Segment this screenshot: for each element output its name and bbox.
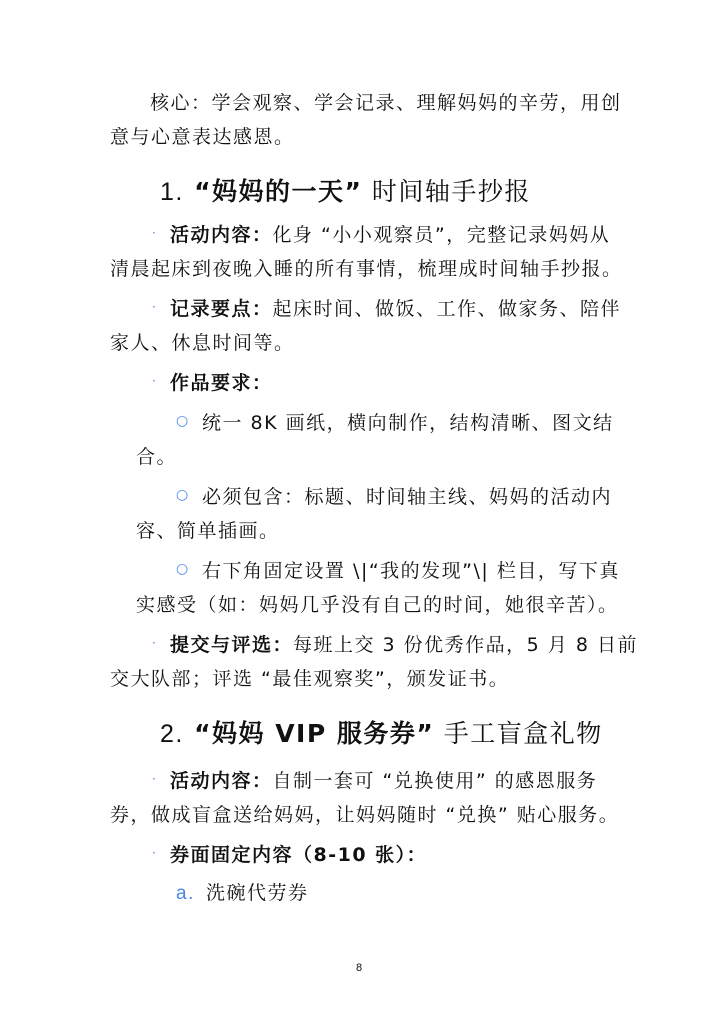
s1-activity-line-1: ·活动内容：化身 “小小观察员”，完整记录妈妈从	[152, 216, 610, 255]
section-2-heading: 2. “妈妈 VIP 服务券” 手工盲盒礼物	[160, 714, 603, 750]
section-1-heading: 1. “妈妈的一天” 时间轴手抄报	[160, 172, 531, 208]
s1-requirements-label: 作品要求：	[170, 372, 273, 394]
document-page: 核心：学会观察、学会记录、理解妈妈的辛劳，用创 意与心意表达感恩。 1. “妈妈…	[0, 0, 724, 1024]
s1-record-label: 记录要点：	[170, 298, 273, 320]
bullet-dot-icon: ·	[152, 624, 170, 662]
s1-record-line-1: ·记录要点：起床时间、做饭、工作、做家务、陪伴	[152, 290, 621, 329]
bullet-circle-icon: ○	[176, 550, 202, 588]
bullet-dot-icon: ·	[152, 834, 170, 872]
s1-req-item-3-line-1: ○右下角固定设置 \|“我的发现”\| 栏目，写下真	[176, 552, 620, 591]
s2-activity-line-1: ·活动内容：自制一套可 “兑换使用” 的感恩服务	[152, 762, 597, 801]
s1-req-item-1-line-1: ○统一 8K 画纸，横向制作，结构清晰、图文结	[176, 404, 614, 443]
s2-activity-label: 活动内容：	[170, 770, 273, 792]
s1-requirements-label-line: ·作品要求：	[152, 364, 273, 403]
s1-submit-line-2: 交大队部；评选 “最佳观察奖”，颁发证书。	[110, 660, 509, 698]
bullet-circle-icon: ○	[176, 402, 202, 440]
list-marker: a.	[176, 875, 206, 913]
section-2-title-rest: 手工盲盒礼物	[434, 719, 602, 748]
s1-submit-line-1: ·提交与评选：每班上交 3 份优秀作品，5 月 8 日前	[152, 626, 638, 665]
s1-req-item-3-line-2: 实感受（如：妈妈几乎没有自己的时间，她很辛苦）。	[136, 586, 619, 624]
s2-coupon-label-line: ·券面固定内容（8-10 张）：	[152, 836, 427, 875]
section-2-title-quoted: “妈妈 VIP 服务券”	[194, 719, 434, 748]
s2-coupon-item-1-text: 洗碗代劳券	[206, 882, 309, 904]
bullet-dot-icon: ·	[152, 214, 170, 252]
s1-activity-label: 活动内容：	[170, 224, 273, 246]
s2-activity-text-1: 自制一套可 “兑换使用” 的感恩服务	[273, 770, 598, 792]
bullet-dot-icon: ·	[152, 288, 170, 326]
s1-req-item-2-line-2: 容、简单插画。	[136, 512, 280, 550]
s1-record-text-1: 起床时间、做饭、工作、做家务、陪伴	[273, 298, 622, 320]
s1-req-item-3-text: 右下角固定设置 \|“我的发现”\| 栏目，写下真	[202, 560, 620, 582]
s1-submit-label: 提交与评选：	[170, 634, 293, 656]
bullet-dot-icon: ·	[152, 362, 170, 400]
intro-line-1: 核心：学会观察、学会记录、理解妈妈的辛劳，用创	[150, 84, 622, 122]
s1-req-item-2-text: 必须包含：标题、时间轴主线、妈妈的活动内	[202, 486, 612, 508]
intro-line-2: 意与心意表达感恩。	[110, 118, 295, 156]
s1-submit-text-1: 每班上交 3 份优秀作品，5 月 8 日前	[293, 634, 638, 656]
section-1-title-quoted: “妈妈的一天”	[194, 177, 362, 206]
page-number: 8	[356, 962, 362, 974]
s1-record-line-2: 家人、休息时间等。	[110, 324, 295, 362]
s1-activity-text-1: 化身 “小小观察员”，完整记录妈妈从	[273, 224, 611, 246]
s2-coupon-item-1: a.洗碗代劳券	[176, 874, 309, 913]
section-1-title-rest: 时间轴手抄报	[362, 177, 530, 206]
bullet-dot-icon: ·	[152, 760, 170, 798]
s1-req-item-1-text: 统一 8K 画纸，横向制作，结构清晰、图文结	[202, 412, 614, 434]
section-1-number: 1.	[160, 178, 184, 206]
bullet-circle-icon: ○	[176, 476, 202, 514]
s1-activity-line-2: 清晨起床到夜晚入睡的所有事情，梳理成时间轴手抄报。	[110, 250, 623, 288]
s2-activity-line-2: 券，做成盲盒送给妈妈，让妈妈随时 “兑换” 贴心服务。	[110, 796, 619, 834]
s2-coupon-label: 券面固定内容（8-10 张）：	[170, 844, 427, 866]
s1-req-item-1-line-2: 合。	[136, 438, 177, 476]
s1-req-item-2-line-1: ○必须包含：标题、时间轴主线、妈妈的活动内	[176, 478, 612, 517]
section-2-number: 2.	[160, 720, 184, 748]
